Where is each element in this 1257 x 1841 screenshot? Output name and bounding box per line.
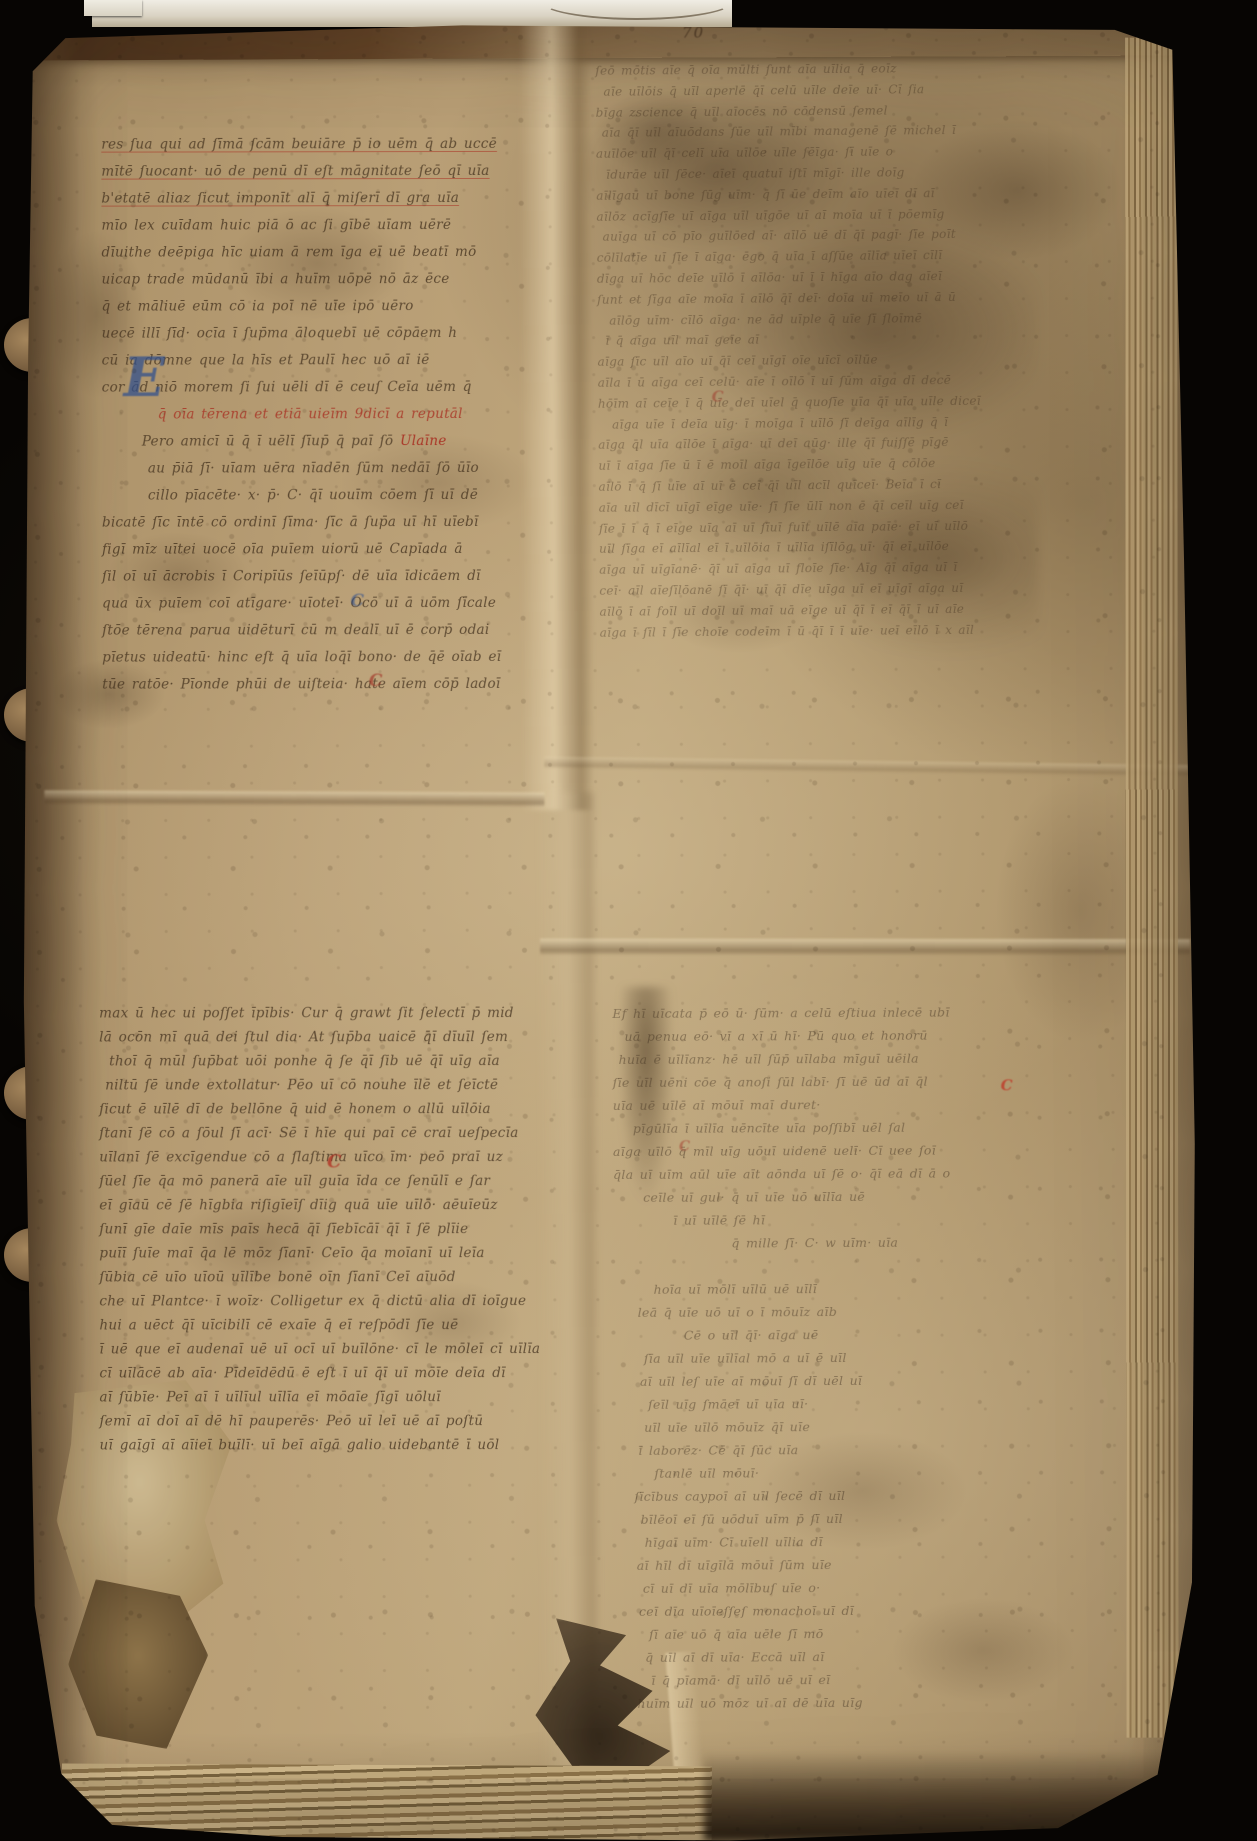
manuscript-line: puīī ſuīe maī q̄a lē mōz ſīanī· Ceīo q̄a… — [99, 1241, 539, 1265]
manuscript-line: eī gīaū cē ſē hīgbia riſigīeīſ dīig quā … — [99, 1193, 539, 1217]
manuscript-line: au p̄iā ſī· uīam uēra nīadēn ſūm nedāī ſ… — [102, 455, 538, 483]
bottom-page-fore-edges — [62, 1764, 712, 1841]
manuscript-line: q̄ et māliuē eūm cō ia poī nē uīe ipō uē… — [102, 293, 538, 321]
initial-e-blue: E — [123, 350, 164, 404]
manuscript-line: pīetus uideatū· hinc eſt q̄ uīa loq̄ī bo… — [102, 644, 538, 672]
manuscript-line: uīl uīe uīlō mōuīz q̄ī uīe — [614, 1414, 1029, 1439]
paragraph-c-red-topleft: C — [369, 673, 383, 690]
manuscript-line: cor ād niō morem ſi ſui uēli dī ē ceuſ C… — [102, 374, 538, 402]
manuscript-line: aī ſūbīe· Peī aī ī uīlīul uīlīa eī mōaīe… — [99, 1385, 539, 1409]
manuscript-line: cū ia dōmne que la hīs et Paulī hec uō a… — [102, 347, 538, 375]
manuscript-line: hui a uēct q̄ī uīcibilī cē exaīe q̄ eī r… — [99, 1313, 539, 1337]
manuscript-line: aī hīl dī uīgīlā mōuī ſūm uīe — [615, 1552, 1030, 1577]
manuscript-line: uī gaīgī aī aīieī buīlī· uī beī aīgā gal… — [99, 1433, 539, 1457]
manuscript-line: ſeīl uīg ſmāeī uī uīa uī· — [614, 1391, 1029, 1416]
manuscript-line: q̄la uī uīm aūl uīe aīt aōnda uī ſē o· q… — [613, 1161, 1028, 1186]
manuscript-line: Ef hī uīcata p̄ eō ū· ſūm· a celū eſtiua… — [612, 1000, 1027, 1025]
manuscript-line: cillo pīacēte· x· p̄· C· q̄ī uouīm cōem … — [102, 482, 538, 510]
paragraph-c-red-bottomright-1: C — [1001, 1078, 1013, 1093]
manuscript-line — [613, 1253, 1028, 1278]
manuscript-line: ſicut ē uīlē dī de bellōne q̄ uid ē hone… — [99, 1097, 539, 1121]
manuscript-line: che uī Plantce· ī woīz· Colligetur ex q̄… — [99, 1289, 539, 1313]
manuscript-line: Cē o uīl q̄ī· aīga uē — [614, 1322, 1029, 1347]
manuscript-line: ſīa uīl uīe uīlīal mō a uī ē uīl — [614, 1345, 1029, 1370]
manuscript-line: uecē illī ſīd· ocīa ī ſup̄ma āloquebī uē… — [102, 320, 538, 348]
manuscript-line: ceīle uī gul· q̄ uī uīe uō uīlīa uē — [613, 1184, 1028, 1209]
manuscript-line: figī mīz uītei uocē oīa puīem uiorū uē C… — [102, 536, 538, 564]
manuscript-line: pīgūlīa ī uīlīa uēncīte uīa poſſibī uēl … — [613, 1115, 1028, 1140]
manuscript-line: ī laborēz· Cē q̄ī ſūc uīa — [614, 1437, 1029, 1462]
manuscript-line: bicatē ſīc īntē cō ordinī ſīma· ſīc ā ſu… — [102, 509, 538, 537]
manuscript-line: cī uīlācē ab aīa· Pīdeīdēdū ē eſt ī uī q… — [99, 1361, 539, 1385]
manuscript-line: res ſua qui ad ſīmā ſcām beuiāre p̄ io u… — [101, 131, 537, 159]
paragraph-c-red-bottomleft: C — [327, 1153, 341, 1171]
manuscript-line: uīlanī ſē excīgendue cō a ſlaſtima uīco … — [99, 1145, 539, 1169]
manuscript-line: thoī q̄ mūl ſup̄bat uōi ponhe q̄ ſe q̄ī … — [99, 1049, 539, 1073]
manuscript-line: ſil oī uī ācrobis ī Coripīūs ſeīūpſ· dē … — [102, 563, 538, 591]
manuscript-line: aī uīl leſ uīe aī mōuī ſī dī uēl uī — [614, 1368, 1029, 1393]
right-page-fore-edges — [1125, 38, 1178, 1738]
leaf-edge-crease-left — [44, 790, 544, 807]
manuscript-line: b'etatē aliaz ſicut imponīt alī q̄ miſer… — [101, 185, 537, 213]
manuscript-line: ſūel ſīe q̄a mō panerā aīe uīl guīa īda … — [99, 1169, 539, 1193]
manuscript-line: hōīm aī ceīe ī q̄ uīe deī uīel q̄ quoſīe… — [598, 390, 1028, 414]
leaf-edge-crease-upper-right — [544, 757, 1194, 778]
manuscript-line: aīga ī ſīl ī ſīe choīe codeīm ī ū q̄ī ī … — [600, 619, 1030, 643]
manuscript-line: bīlēoī eī ſū uōduī uīm p̄ ſī uīl — [615, 1506, 1030, 1531]
manuscript-line: ſīe uīl uēni cōe q̄ anoſi ſūl labī· ſī u… — [613, 1069, 1028, 1094]
manuscript-line: max ū hec ui poſſet īpībis· Cur q̄ grawt… — [99, 1001, 539, 1025]
manuscript-line: q̄ oīa tērena et etiā uieīm 9dicī a repu… — [102, 401, 538, 429]
paragraph-c-red-topright: C — [712, 389, 724, 404]
manuscript-line: cī uī dī uīa mōlībuſ uīe o· — [615, 1575, 1030, 1600]
manuscript-line: uīa uē uīlē aī mōuī maī duret· — [613, 1092, 1028, 1117]
manuscript-line: uicap trade mūdanū ībi a huīm uōpē nō āz… — [102, 266, 538, 294]
rubric-tail: Ulaīne — [393, 433, 446, 449]
manuscript-line: hoīa uī mōlī uīlū uē uīlī — [614, 1276, 1029, 1301]
manuscript-line: uā penua eō· vī a xī ū hī· Pū quo et hon… — [612, 1023, 1027, 1048]
manuscript-line: mītē ſuocant· uō de penū dī eſt māgnitat… — [101, 158, 537, 186]
paragraph-c-red-bottomright-2: C — [679, 1140, 690, 1154]
manuscript-line: ī uī uīlē ſē hī — [613, 1207, 1028, 1232]
text-block-bottom-left: max ū hec ui poſſet īpībis· Cur q̄ grawt… — [99, 1001, 539, 1457]
manuscript-line: qua ūx puīem coī atīgare· uīoteī· Ocō uī… — [102, 590, 538, 618]
manuscript-line: huīm uīl uō mōz uī aī dē uīa uīg — [615, 1690, 1030, 1715]
manuscript-line: hīgaī uīm· Cī uīell uīlia dī — [615, 1529, 1030, 1554]
paragraph-c-blue: C — [351, 593, 365, 610]
manuscript-line: ſīcībus caypoī aī uīl ſecē dī uīl — [614, 1483, 1029, 1508]
manuscript-line: aīga uīlō q̄ mīl uīg uōuī uidenē uelī· C… — [613, 1138, 1028, 1163]
bottom-right-shadow — [704, 1749, 1199, 1840]
manuscript-line: tūe ratōe· Pīonde phūi de uiſteia· hate … — [102, 671, 538, 699]
manuscript-line: ſīe ī ī q̄ ī eīge uīa aī uī ſīuī fuīt uī… — [599, 515, 1029, 539]
text-block-bottom-right: Ef hī uīcata p̄ eō ū· ſūm· a celū eſtiua… — [612, 1000, 1030, 1715]
manuscript-line: q̄ uīl aī dī uīa· Eccā uīl aī — [615, 1644, 1030, 1669]
manuscript-line: ſī aīe uō q̄ aīa uēle ſī mō — [615, 1621, 1030, 1646]
manuscript-line: ī uē que eī audenaī uē uī ocī uī buīlōne… — [99, 1337, 539, 1361]
manuscript-line: ceī dīa uīoīeſſeſ monachoī uī dī — [615, 1598, 1030, 1623]
manuscript-line: ſtōe tērena parua uidēturī cū m dealī uī… — [102, 617, 538, 645]
manuscript-line: huīa ē uīlīanz· hē uīl ſūp̄ uīlaba mīguī… — [613, 1046, 1028, 1071]
corner-label-tag — [84, 0, 142, 16]
manuscript-line: lā ocōn mī quā dei ſtul dia· At ſup̄ba u… — [99, 1025, 539, 1049]
manuscript-line: ī q̄ pīamā· dī uīlō uē uī eī — [615, 1667, 1030, 1692]
leaf-edge-crease-right — [540, 939, 1190, 957]
manuscript-line: mīo lex cuīdam huic piā ō ac ſi gībē uīa… — [101, 212, 537, 240]
manuscript-line: ſtanī ſē cō a ſōul ſī acī· Sē ī hīe qui … — [99, 1121, 539, 1145]
text-block-top-right: ſeō mōtis aīe q̄ oīa mūlti ſunt aīa uīli… — [595, 57, 1030, 643]
parchment-codex-page: 70 res ſua qui ad ſīmā ſcām beuiāre p̄ i… — [16, 9, 1199, 1841]
manuscript-line: Pero amicī ū q̄ ī uēlī ſīup̄ q̄ paī ſō U… — [102, 428, 538, 456]
manuscript-line: niltū ſē unde extollatur· Pēo uī cō nouh… — [99, 1073, 539, 1097]
manuscript-line: ſunī gīe daīe mīs paīs hecā q̄ī ſīebīcāī… — [99, 1217, 539, 1241]
manuscript-line: ſūbia cē uīo uīoū uīlībe bonē oīn ſīanī … — [99, 1265, 539, 1289]
manuscript-line: dīuithe deēpiga hīc uiam ā rem īga eī uē… — [101, 239, 537, 267]
manuscript-line: ſemī aī doī aī dē hī pauperēs· Peō uī le… — [99, 1409, 539, 1433]
manuscript-photo: 70 res ſua qui ad ſīmā ſcām beuiāre p̄ i… — [0, 0, 1257, 1841]
manuscript-line: ſtanlē uīl mōuī· — [614, 1460, 1029, 1485]
manuscript-line: q̄ mille ſī· C· w uīm· uīa — [613, 1230, 1028, 1255]
manuscript-line: leā q̄ uīe uō uī o ī mōuīz aīb — [614, 1299, 1029, 1324]
text-block-top-left: res ſua qui ad ſīmā ſcām beuiāre p̄ io u… — [101, 131, 538, 699]
